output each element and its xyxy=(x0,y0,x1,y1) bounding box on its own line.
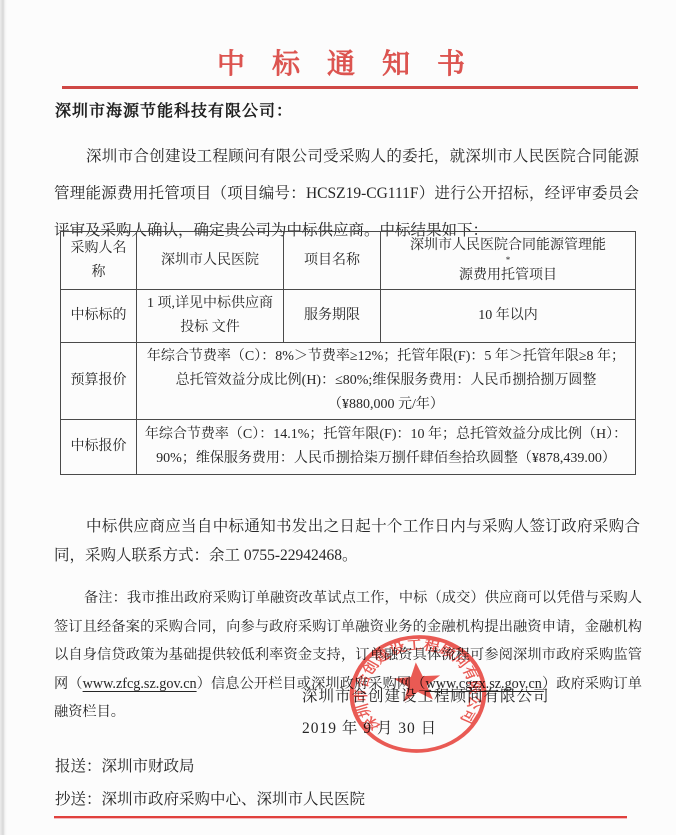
recipient-company: 深圳市海源节能科技有限公司： xyxy=(55,98,293,121)
title-divider-rule xyxy=(62,86,638,89)
purchaser-name-label: 采购人名称 xyxy=(61,232,137,290)
page-title: 中 标 通 知 书 xyxy=(54,42,638,82)
project-name-value: 深圳市人民医院合同能源管理能 * 源费用托管项目 xyxy=(381,232,636,290)
service-term-label: 服务期限 xyxy=(284,290,381,343)
copy-to-line: 抄送：深圳市政府采购中心、深圳市人民医院 xyxy=(55,787,365,809)
signature-company: 深圳市合创建设工程顾问有限公司 xyxy=(302,684,550,706)
table-row: 预算报价 年综合节费率（C）：8%＞节费率≥12%；托管年限(F)：5 年＞托管… xyxy=(61,343,636,420)
scan-left-edge xyxy=(0,0,7,835)
footer-divider-rule xyxy=(54,816,627,818)
table-row: 采购人名称 深圳市人民医院 项目名称 深圳市人民医院合同能源管理能 * 源费用托… xyxy=(61,232,636,290)
project-name-line2: 源费用托管项目 xyxy=(387,264,629,287)
contract-instruction-paragraph: 中标供应商应当自中标通知书发出之日起十个工作日内与采购人签订政府采购合同，采购人… xyxy=(54,512,640,570)
service-term-value: 10 年以内 xyxy=(381,290,636,343)
bid-result-table: 采购人名称 深圳市人民医院 项目名称 深圳市人民医院合同能源管理能 * 源费用托… xyxy=(60,231,636,475)
project-name-line1: 深圳市人民医院合同能源管理能 xyxy=(387,234,629,257)
winning-offer-label: 中标报价 xyxy=(61,420,137,475)
table-row: 中标报价 年综合节费率（C）：14.1%；托管年限(F)：10 年；总托管效益分… xyxy=(61,420,636,475)
bid-subject-value: 1 项,详见中标供应商投标 文件 xyxy=(137,290,284,343)
scan-asterisk-mark: * xyxy=(387,257,629,264)
purchaser-name-value: 深圳市人民医院 xyxy=(137,232,284,290)
budget-offer-content: 年综合节费率（C）：8%＞节费率≥12%；托管年限(F)：5 年＞托管年限≥8 … xyxy=(137,343,636,420)
budget-offer-label: 预算报价 xyxy=(61,343,137,420)
signature-date: 2019 年 9 月 30 日 xyxy=(302,716,437,738)
scanned-document-page: 中 标 通 知 书 深圳市海源节能科技有限公司： 深圳市合创建设工程顾问有限公司… xyxy=(0,0,676,835)
report-to-line: 报送：深圳市财政局 xyxy=(55,754,195,776)
zfcg-url: www.zfcg.sz.gov.cn xyxy=(83,676,197,692)
bid-subject-label: 中标标的 xyxy=(61,290,137,343)
table-row: 中标标的 1 项,详见中标供应商投标 文件 服务期限 10 年以内 xyxy=(61,290,636,343)
project-name-label: 项目名称 xyxy=(284,232,381,290)
winning-offer-content: 年综合节费率（C）：14.1%；托管年限(F)：10 年；总托管效益分成比例（H… xyxy=(137,420,636,475)
